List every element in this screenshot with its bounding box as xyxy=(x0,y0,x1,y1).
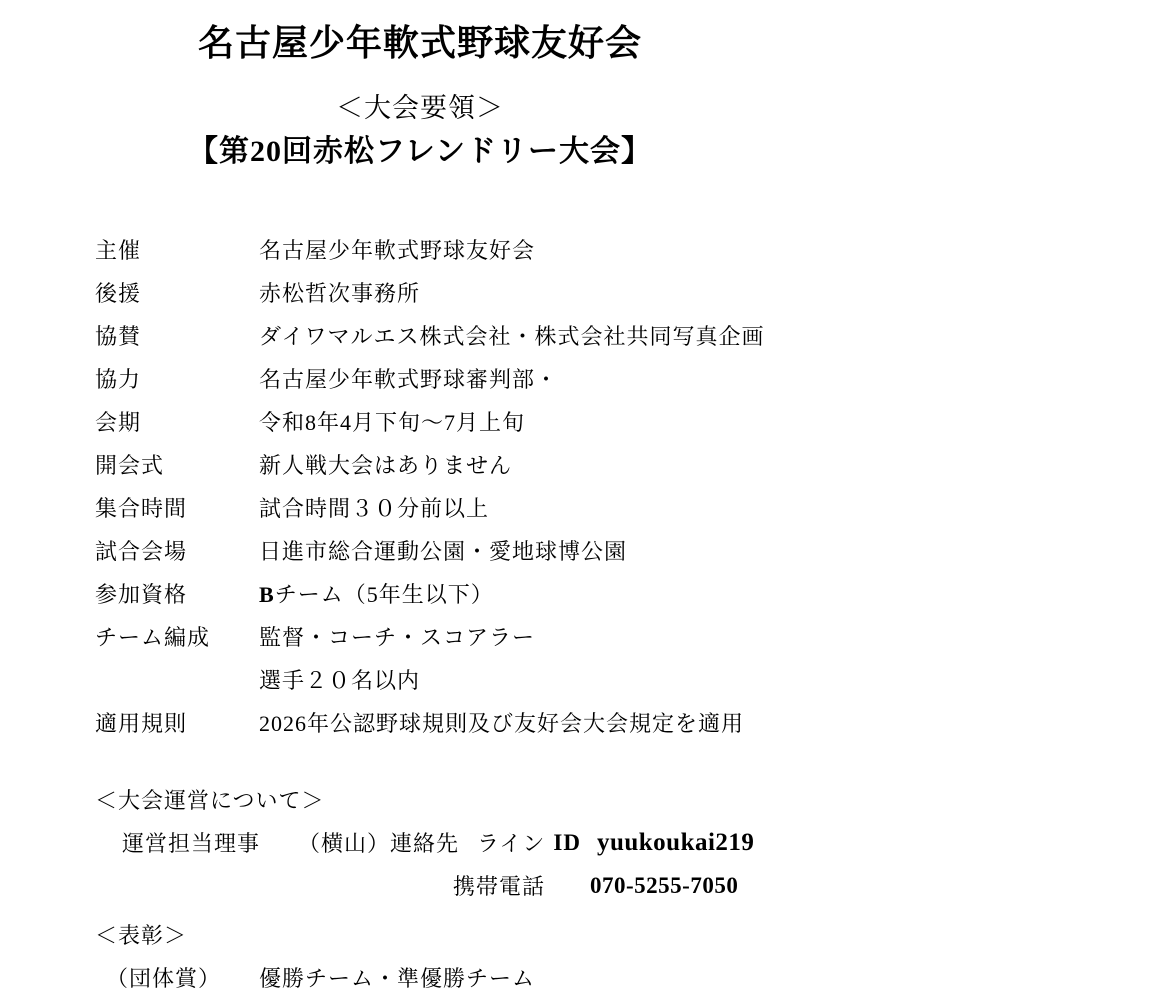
detail-row-sponsorship: 協賛 ダイワマルエス株式会社・株式会社共同写真企画 xyxy=(95,314,1152,357)
awards-section: ＜表彰＞ （団体賞） 優勝チーム・準優勝チーム xyxy=(95,913,1152,998)
detail-label: 会期 xyxy=(95,406,259,437)
detail-label: 後援 xyxy=(95,277,259,308)
organization-title: 名古屋少年軟式野球友好会 xyxy=(95,22,745,65)
detail-row-team-composition-cont: 選手２０名以内 xyxy=(95,658,1152,701)
detail-value: 2026年公認野球規則及び友好会大会規定を適用 xyxy=(259,707,1152,738)
event-title: 【第20回赤松フレンドリー大会】 xyxy=(95,132,745,172)
detail-label: 開会式 xyxy=(95,449,259,480)
detail-value: 赤松哲次事務所 xyxy=(259,277,1152,308)
detail-label: 参加資格 xyxy=(95,578,259,609)
detail-value: 新人戦大会はありません xyxy=(259,449,1152,480)
line-id-value: yuukoukai219 xyxy=(597,829,754,857)
detail-row-rules: 適用規則 2026年公認野球規則及び友好会大会規定を適用 xyxy=(95,701,1152,744)
detail-row-support: 後援 赤松哲次事務所 xyxy=(95,271,1152,314)
document-header: 名古屋少年軟式野球友好会 ＜大会要領＞ 【第20回赤松フレンドリー大会】 xyxy=(95,22,745,172)
management-section: ＜大会運営について＞ 運営担当理事 （横山） 連絡先 ライン ID yuukou… xyxy=(95,778,1152,907)
detail-value: 名古屋少年軟式野球友好会 xyxy=(259,234,1152,265)
management-section-title: ＜大会運営について＞ xyxy=(95,778,1152,821)
detail-row-venue: 試合会場 日進市総合運動公園・愛地球博公園 xyxy=(95,529,1152,572)
contact-label: 連絡先 xyxy=(390,827,459,858)
detail-label: 集合時間 xyxy=(95,492,259,523)
detail-value: 試合時間３０分前以上 xyxy=(259,492,1152,523)
detail-value: 監督・コーチ・スコアラー xyxy=(259,621,1152,652)
detail-value: 名古屋少年軟式野球審判部・ xyxy=(259,363,1152,394)
detail-row-period: 会期 令和8年4月下旬～7月上旬 xyxy=(95,400,1152,443)
detail-value: 選手２０名以内 xyxy=(259,664,1152,695)
detail-row-opening-ceremony: 開会式 新人戦大会はありません xyxy=(95,443,1152,486)
phone-label: 携帯電話 xyxy=(453,870,545,901)
awards-section-title: ＜表彰＞ xyxy=(95,913,1152,956)
detail-row-team-composition: チーム編成 監督・コーチ・スコアラー xyxy=(95,615,1152,658)
detail-label: 協賛 xyxy=(95,320,259,351)
detail-label: 主催 xyxy=(95,234,259,265)
detail-label: 協力 xyxy=(95,363,259,394)
group-prize-label: （団体賞） xyxy=(106,962,259,993)
detail-value: 日進市総合運動公園・愛地球博公園 xyxy=(259,535,1152,566)
detail-value: Bチーム（5年生以下） xyxy=(259,578,1152,609)
detail-label: 試合会場 xyxy=(95,535,259,566)
line-id-label: ID xyxy=(553,830,581,856)
detail-label: チーム編成 xyxy=(95,621,259,652)
detail-value: ダイワマルエス株式会社・株式会社共同写真企画 xyxy=(259,320,1152,351)
group-prize-line: （団体賞） 優勝チーム・準優勝チーム xyxy=(106,956,1152,998)
detail-label: 適用規則 xyxy=(95,707,259,738)
director-name: （横山） xyxy=(298,827,390,858)
group-prize-value: 優勝チーム・準優勝チーム xyxy=(259,962,1152,993)
tournament-details-list: 主催 名古屋少年軟式野球友好会 後援 赤松哲次事務所 協賛 ダイワマルエス株式会… xyxy=(95,228,1152,744)
phone-line: 携帯電話 070-5255-7050 xyxy=(453,864,1152,907)
detail-row-cooperation: 協力 名古屋少年軟式野球審判部・ xyxy=(95,357,1152,400)
eligibility-text: チーム（5年生以下） xyxy=(275,582,494,607)
detail-value: 令和8年4月下旬～7月上旬 xyxy=(259,406,1152,437)
director-contact-line: 運営担当理事 （横山） 連絡先 ライン ID yuukoukai219 xyxy=(122,821,1152,864)
outline-subtitle: ＜大会要領＞ xyxy=(95,93,745,123)
team-class-letter: B xyxy=(259,582,275,607)
document-page: 名古屋少年軟式野球友好会 ＜大会要領＞ 【第20回赤松フレンドリー大会】 主催 … xyxy=(0,0,1152,998)
detail-row-eligibility: 参加資格 Bチーム（5年生以下） xyxy=(95,572,1152,615)
line-app-label: ライン xyxy=(477,827,545,858)
detail-row-organizer: 主催 名古屋少年軟式野球友好会 xyxy=(95,228,1152,271)
detail-row-assembly-time: 集合時間 試合時間３０分前以上 xyxy=(95,486,1152,529)
phone-number: 070-5255-7050 xyxy=(590,873,738,899)
director-label: 運営担当理事 xyxy=(122,827,260,858)
